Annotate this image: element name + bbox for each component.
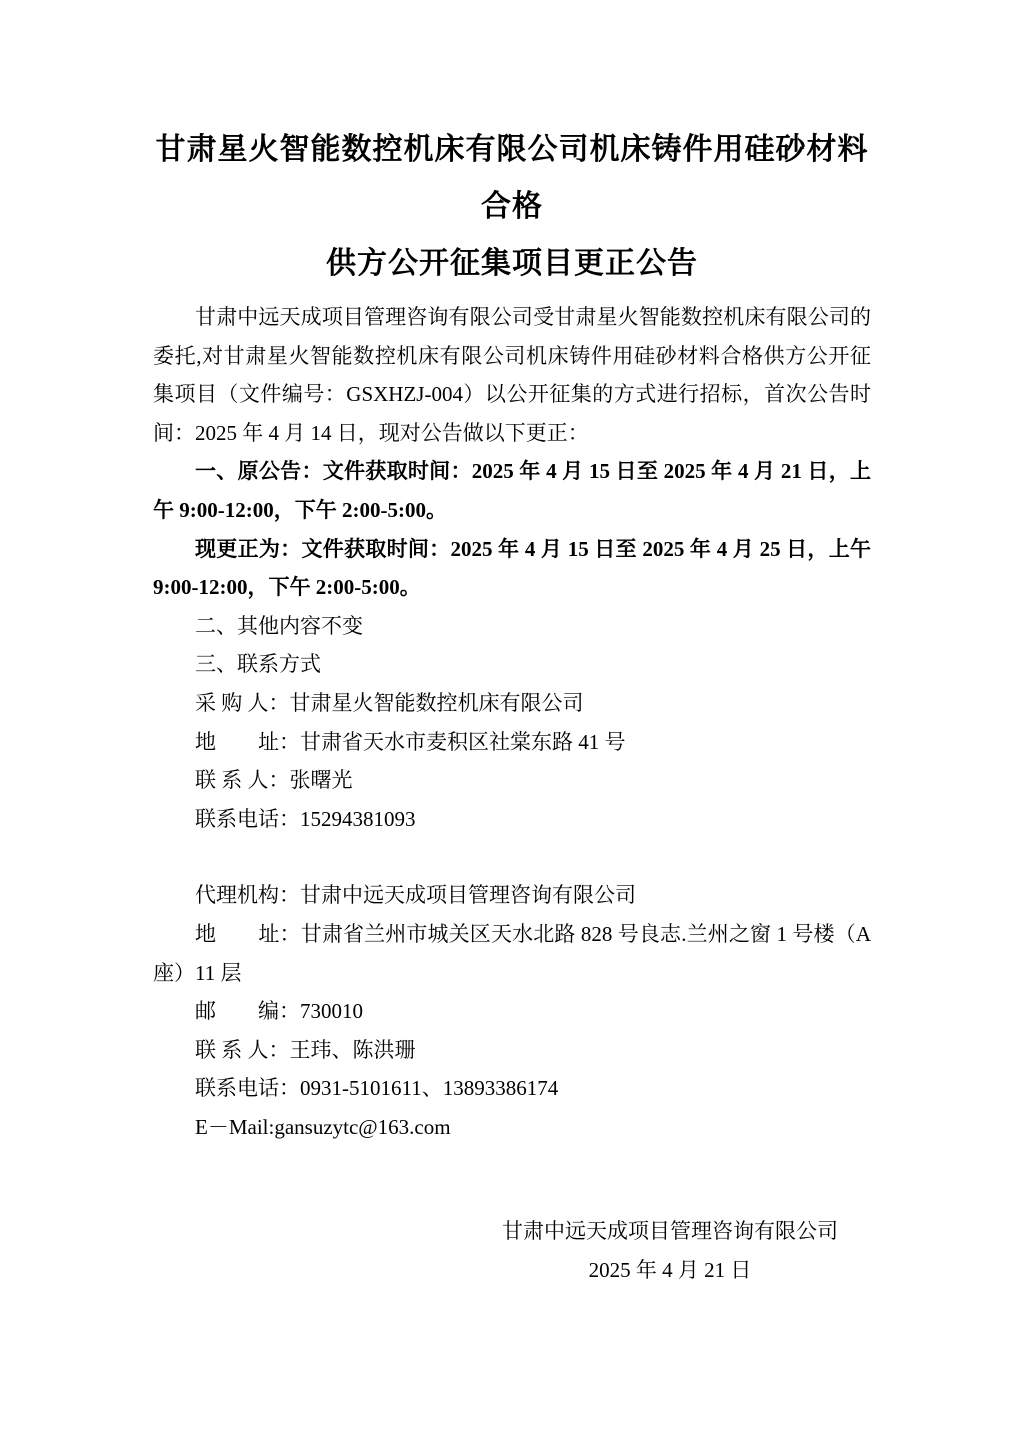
intro-paragraph: 甘肃中远天成项目管理咨询有限公司受甘肃星火智能数控机床有限公司的委托,对甘肃星火… [153, 298, 871, 452]
purchaser-phone-line: 联系电话：15294381093 [153, 800, 871, 839]
document-title: 甘肃星火智能数控机床有限公司机床铸件用硅砂材料合格 供方公开征集项目更正公告 [153, 121, 871, 292]
agency-address-line: 地 址：甘肃省兰州市城关区天水北路 828 号良志.兰州之窗 1 号楼（A座）1… [153, 915, 871, 992]
agency-email-line: E－Mail:gansuzytc@163.com [153, 1108, 871, 1147]
agency-name-label: 代理机构： [195, 883, 300, 907]
purchaser-phone-label: 联系电话： [195, 807, 300, 831]
purchaser-contact-line: 联 系 人：张曙光 [153, 761, 871, 800]
purchaser-address-value: 甘肃省天水市麦积区社棠东路 41 号 [300, 730, 626, 754]
agency-contact-line: 联 系 人：王玮、陈洪珊 [153, 1031, 871, 1070]
document-content: 甘肃星火智能数控机床有限公司机床铸件用硅砂材料合格 供方公开征集项目更正公告 甘… [153, 121, 871, 1290]
original-notice-paragraph: 一、原公告：文件获取时间：2025 年 4 月 15 日至 2025 年 4 月… [153, 452, 871, 529]
purchaser-name-value: 甘肃星火智能数控机床有限公司 [290, 691, 584, 715]
agency-postcode-value: 730010 [300, 999, 363, 1023]
signature-company: 甘肃中远天成项目管理咨询有限公司 [502, 1212, 838, 1251]
purchaser-phone-value: 15294381093 [300, 807, 416, 831]
signature-block: 甘肃中远天成项目管理咨询有限公司 2025 年 4 月 21 日 [502, 1212, 838, 1289]
section-other-unchanged: 二、其他内容不变 [153, 607, 871, 646]
purchaser-name-label: 采 购 人： [195, 691, 290, 715]
purchaser-name-line: 采 购 人：甘肃星火智能数控机床有限公司 [153, 684, 871, 723]
agency-phone-line: 联系电话：0931-5101611、13893386174 [153, 1069, 871, 1108]
purchaser-contact-value: 张曙光 [290, 768, 353, 792]
agency-address-label: 地 址： [195, 922, 301, 946]
agency-phone-label: 联系电话： [195, 1076, 300, 1100]
agency-email-value: gansuzytc@163.com [274, 1115, 450, 1139]
signature-date: 2025 年 4 月 21 日 [502, 1251, 838, 1290]
agency-postcode-line: 邮 编：730010 [153, 992, 871, 1031]
purchaser-block: 采 购 人：甘肃星火智能数控机床有限公司 地 址：甘肃省天水市麦积区社棠东路 4… [153, 684, 871, 838]
document-page: 甘肃星火智能数控机床有限公司机床铸件用硅砂材料合格 供方公开征集项目更正公告 甘… [0, 0, 1024, 1448]
agency-contact-label: 联 系 人： [195, 1038, 290, 1062]
agency-contact-value: 王玮、陈洪珊 [290, 1038, 416, 1062]
agency-phone-value: 0931-5101611、13893386174 [300, 1076, 558, 1100]
purchaser-contact-label: 联 系 人： [195, 768, 290, 792]
purchaser-address-line: 地 址：甘肃省天水市麦积区社棠东路 41 号 [153, 723, 871, 762]
agency-postcode-label: 邮 编： [195, 999, 300, 1023]
agency-name-value: 甘肃中远天成项目管理咨询有限公司 [300, 883, 636, 907]
agency-name-line: 代理机构：甘肃中远天成项目管理咨询有限公司 [153, 876, 871, 915]
purchaser-address-label: 地 址： [195, 730, 300, 754]
agency-block: 代理机构：甘肃中远天成项目管理咨询有限公司 地 址：甘肃省兰州市城关区天水北路 … [153, 876, 871, 1146]
section-contact-heading: 三、联系方式 [153, 645, 871, 684]
corrected-notice-paragraph: 现更正为：文件获取时间：2025 年 4 月 15 日至 2025 年 4 月 … [153, 530, 871, 607]
agency-email-label: E－Mail: [195, 1115, 274, 1139]
